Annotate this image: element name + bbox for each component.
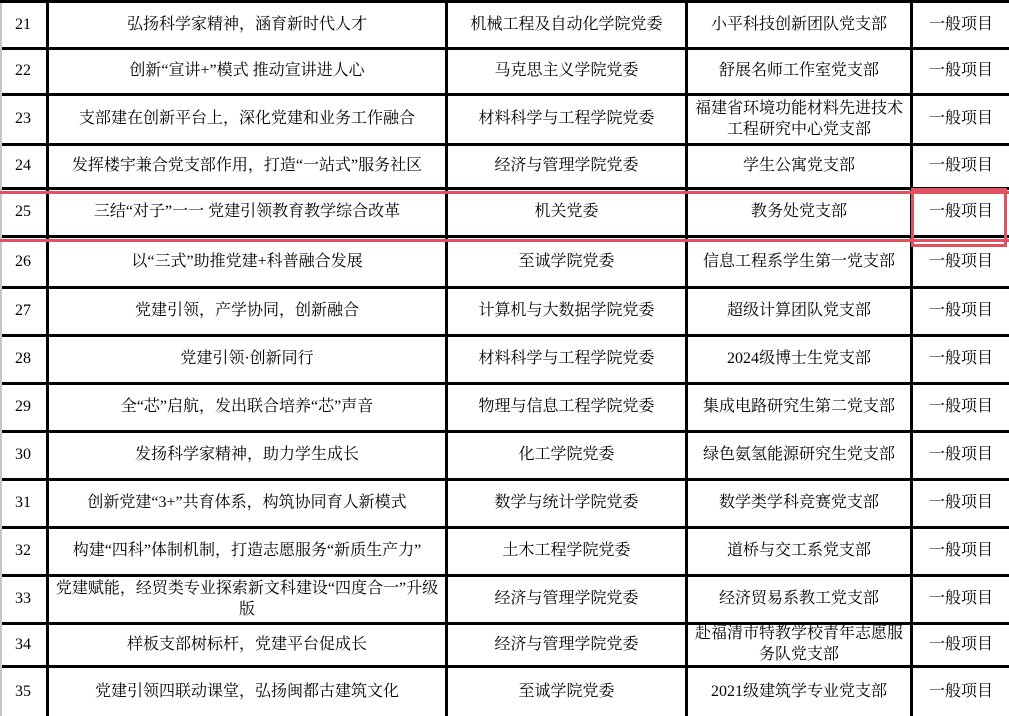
committee-cell[interactable]: 数学与统计学院党委 xyxy=(448,481,688,526)
project-title-cell[interactable]: 以“三式”助推党建+科普融合发展 xyxy=(49,238,448,286)
branch-cell[interactable]: 教务处党支部 xyxy=(688,190,913,235)
project-title-cell[interactable]: 发挥楼宇兼合党支部作用，打造“一站式”服务社区 xyxy=(49,146,448,187)
project-type-cell[interactable]: 一般项目 xyxy=(913,529,1009,574)
project-type-cell[interactable]: 一般项目 xyxy=(913,668,1009,716)
project-title-cell[interactable]: 党建引领四联动课堂，弘扬闽都古建筑文化 xyxy=(49,668,448,716)
row-number-cell[interactable]: 24 xyxy=(0,146,49,187)
branch-cell[interactable]: 集成电路研究生第二党支部 xyxy=(688,385,913,430)
table-row: 32 构建“四科”体制机制，打造志愿服务“新质生产力” 土木工程学院党委 道桥与… xyxy=(0,529,1009,577)
table-row: 27 党建引领，产学协同，创新融合 计算机与大数据学院党委 超级计算团队党支部 … xyxy=(0,289,1009,337)
row-number-cell[interactable]: 27 xyxy=(0,289,49,334)
branch-cell[interactable]: 福建省环境功能材料先进技术工程研究中心党支部 xyxy=(688,96,913,143)
project-type-cell[interactable]: 一般项目 xyxy=(913,577,1009,622)
row-number-cell[interactable]: 25 xyxy=(0,190,49,235)
row-number-cell[interactable]: 26 xyxy=(0,238,49,286)
branch-cell[interactable]: 赴福清市特教学校青年志愿服务队党支部 xyxy=(688,625,913,665)
row-number-cell[interactable]: 22 xyxy=(0,50,49,93)
project-title-cell[interactable]: 发扬科学家精神，助力学生成长 xyxy=(49,433,448,478)
row-number-cell[interactable]: 32 xyxy=(0,529,49,574)
table-row: 34 样板支部树标杆，党建平台促成长 经济与管理学院党委 赴福清市特教学校青年志… xyxy=(0,625,1009,668)
row-number-cell[interactable]: 33 xyxy=(0,577,49,622)
table-row: 23 支部建在创新平台上，深化党建和业务工作融合 材料科学与工程学院党委 福建省… xyxy=(0,96,1009,146)
branch-cell[interactable]: 数学类学科竞赛党支部 xyxy=(688,481,913,526)
committee-cell[interactable]: 至诚学院党委 xyxy=(448,668,688,716)
project-list-table: 21 弘扬科学家精神，涵育新时代人才 机械工程及自动化学院党委 小平科技创新团队… xyxy=(0,0,1009,716)
row-number-cell[interactable]: 31 xyxy=(0,481,49,526)
branch-cell[interactable]: 小平科技创新团队党支部 xyxy=(688,3,913,47)
project-type-cell[interactable]: 一般项目 xyxy=(913,625,1009,665)
project-title-cell[interactable]: 党建引领，产学协同，创新融合 xyxy=(49,289,448,334)
branch-cell[interactable]: 道桥与交工系党支部 xyxy=(688,529,913,574)
committee-cell[interactable]: 材料科学与工程学院党委 xyxy=(448,96,688,143)
project-title-cell[interactable]: 党建引领·创新同行 xyxy=(49,337,448,382)
table-row: 22 创新“宣讲+”模式 推动宣讲进人心 马克思主义学院党委 舒展名师工作室党支… xyxy=(0,50,1009,96)
branch-cell[interactable]: 舒展名师工作室党支部 xyxy=(688,50,913,93)
project-title-cell[interactable]: 创新党建“3+”共育体系，构筑协同育人新模式 xyxy=(49,481,448,526)
project-title-cell[interactable]: 三结“对子”一一 党建引领教育教学综合改革 xyxy=(49,190,448,235)
committee-cell[interactable]: 土木工程学院党委 xyxy=(448,529,688,574)
committee-cell[interactable]: 经济与管理学院党委 xyxy=(448,625,688,665)
table-row: 29 全“芯”启航，发出联合培养“芯”声音 物理与信息工程学院党委 集成电路研究… xyxy=(0,385,1009,433)
project-type-cell[interactable]: 一般项目 xyxy=(913,385,1009,430)
row-number-cell[interactable]: 23 xyxy=(0,96,49,143)
committee-cell[interactable]: 马克思主义学院党委 xyxy=(448,50,688,93)
branch-cell[interactable]: 经济贸易系教工党支部 xyxy=(688,577,913,622)
table-row: 30 发扬科学家精神，助力学生成长 化工学院党委 绿色氨氢能源研究生党支部 一般… xyxy=(0,433,1009,481)
branch-cell[interactable]: 2021级建筑学专业党支部 xyxy=(688,668,913,716)
row-number-cell[interactable]: 28 xyxy=(0,337,49,382)
branch-cell[interactable]: 绿色氨氢能源研究生党支部 xyxy=(688,433,913,478)
highlight-line-top xyxy=(0,191,1009,194)
project-title-cell[interactable]: 弘扬科学家精神，涵育新时代人才 xyxy=(49,3,448,47)
project-title-cell[interactable]: 创新“宣讲+”模式 推动宣讲进人心 xyxy=(49,50,448,93)
committee-cell[interactable]: 机械工程及自动化学院党委 xyxy=(448,3,688,47)
row-number-cell[interactable]: 30 xyxy=(0,433,49,478)
branch-cell[interactable]: 超级计算团队党支部 xyxy=(688,289,913,334)
branch-cell[interactable]: 2024级博士生党支部 xyxy=(688,337,913,382)
project-title-cell[interactable]: 支部建在创新平台上，深化党建和业务工作融合 xyxy=(49,96,448,143)
branch-cell[interactable]: 学生公寓党支部 xyxy=(688,146,913,187)
project-title-cell[interactable]: 样板支部树标杆，党建平台促成长 xyxy=(49,625,448,665)
committee-cell[interactable]: 物理与信息工程学院党委 xyxy=(448,385,688,430)
row-number-cell[interactable]: 35 xyxy=(0,668,49,716)
project-type-cell[interactable]: 一般项目 xyxy=(913,337,1009,382)
table-row-highlighted: 25 三结“对子”一一 党建引领教育教学综合改革 机关党委 教务处党支部 一般项… xyxy=(0,190,1009,238)
committee-cell[interactable]: 材料科学与工程学院党委 xyxy=(448,337,688,382)
project-type-cell[interactable]: 一般项目 xyxy=(913,289,1009,334)
table-row: 33 党建赋能，经贸类专业探索新文科建设“四度合一”升级版 经济与管理学院党委 … xyxy=(0,577,1009,625)
highlight-box-type-cell xyxy=(911,188,1007,247)
sheet-edge-gridline xyxy=(0,3,2,716)
project-type-cell[interactable]: 一般项目 xyxy=(913,3,1009,47)
project-title-cell[interactable]: 全“芯”启航，发出联合培养“芯”声音 xyxy=(49,385,448,430)
project-type-cell[interactable]: 一般项目 xyxy=(913,433,1009,478)
committee-cell[interactable]: 至诚学院党委 xyxy=(448,238,688,286)
project-title-cell[interactable]: 构建“四科”体制机制，打造志愿服务“新质生产力” xyxy=(49,529,448,574)
highlight-line-bottom xyxy=(0,239,1009,242)
row-number-cell[interactable]: 34 xyxy=(0,625,49,665)
table-row: 31 创新党建“3+”共育体系，构筑协同育人新模式 数学与统计学院党委 数学类学… xyxy=(0,481,1009,529)
project-type-cell[interactable]: 一般项目 xyxy=(913,50,1009,93)
table-row: 28 党建引领·创新同行 材料科学与工程学院党委 2024级博士生党支部 一般项… xyxy=(0,337,1009,385)
committee-cell[interactable]: 计算机与大数据学院党委 xyxy=(448,289,688,334)
project-type-cell[interactable]: 一般项目 xyxy=(913,481,1009,526)
project-type-cell[interactable]: 一般项目 xyxy=(913,96,1009,143)
committee-cell[interactable]: 机关党委 xyxy=(448,190,688,235)
table-row: 21 弘扬科学家精神，涵育新时代人才 机械工程及自动化学院党委 小平科技创新团队… xyxy=(0,3,1009,50)
committee-cell[interactable]: 经济与管理学院党委 xyxy=(448,146,688,187)
row-number-cell[interactable]: 21 xyxy=(0,3,49,47)
committee-cell[interactable]: 经济与管理学院党委 xyxy=(448,577,688,622)
table-row: 24 发挥楼宇兼合党支部作用，打造“一站式”服务社区 经济与管理学院党委 学生公… xyxy=(0,146,1009,190)
table-row: 26 以“三式”助推党建+科普融合发展 至诚学院党委 信息工程系学生第一党支部 … xyxy=(0,238,1009,289)
row-number-cell[interactable]: 29 xyxy=(0,385,49,430)
project-type-cell[interactable]: 一般项目 xyxy=(913,146,1009,187)
committee-cell[interactable]: 化工学院党委 xyxy=(448,433,688,478)
branch-cell[interactable]: 信息工程系学生第一党支部 xyxy=(688,238,913,286)
project-title-cell[interactable]: 党建赋能，经贸类专业探索新文科建设“四度合一”升级版 xyxy=(49,577,448,622)
table-row: 35 党建引领四联动课堂，弘扬闽都古建筑文化 至诚学院党委 2021级建筑学专业… xyxy=(0,668,1009,716)
